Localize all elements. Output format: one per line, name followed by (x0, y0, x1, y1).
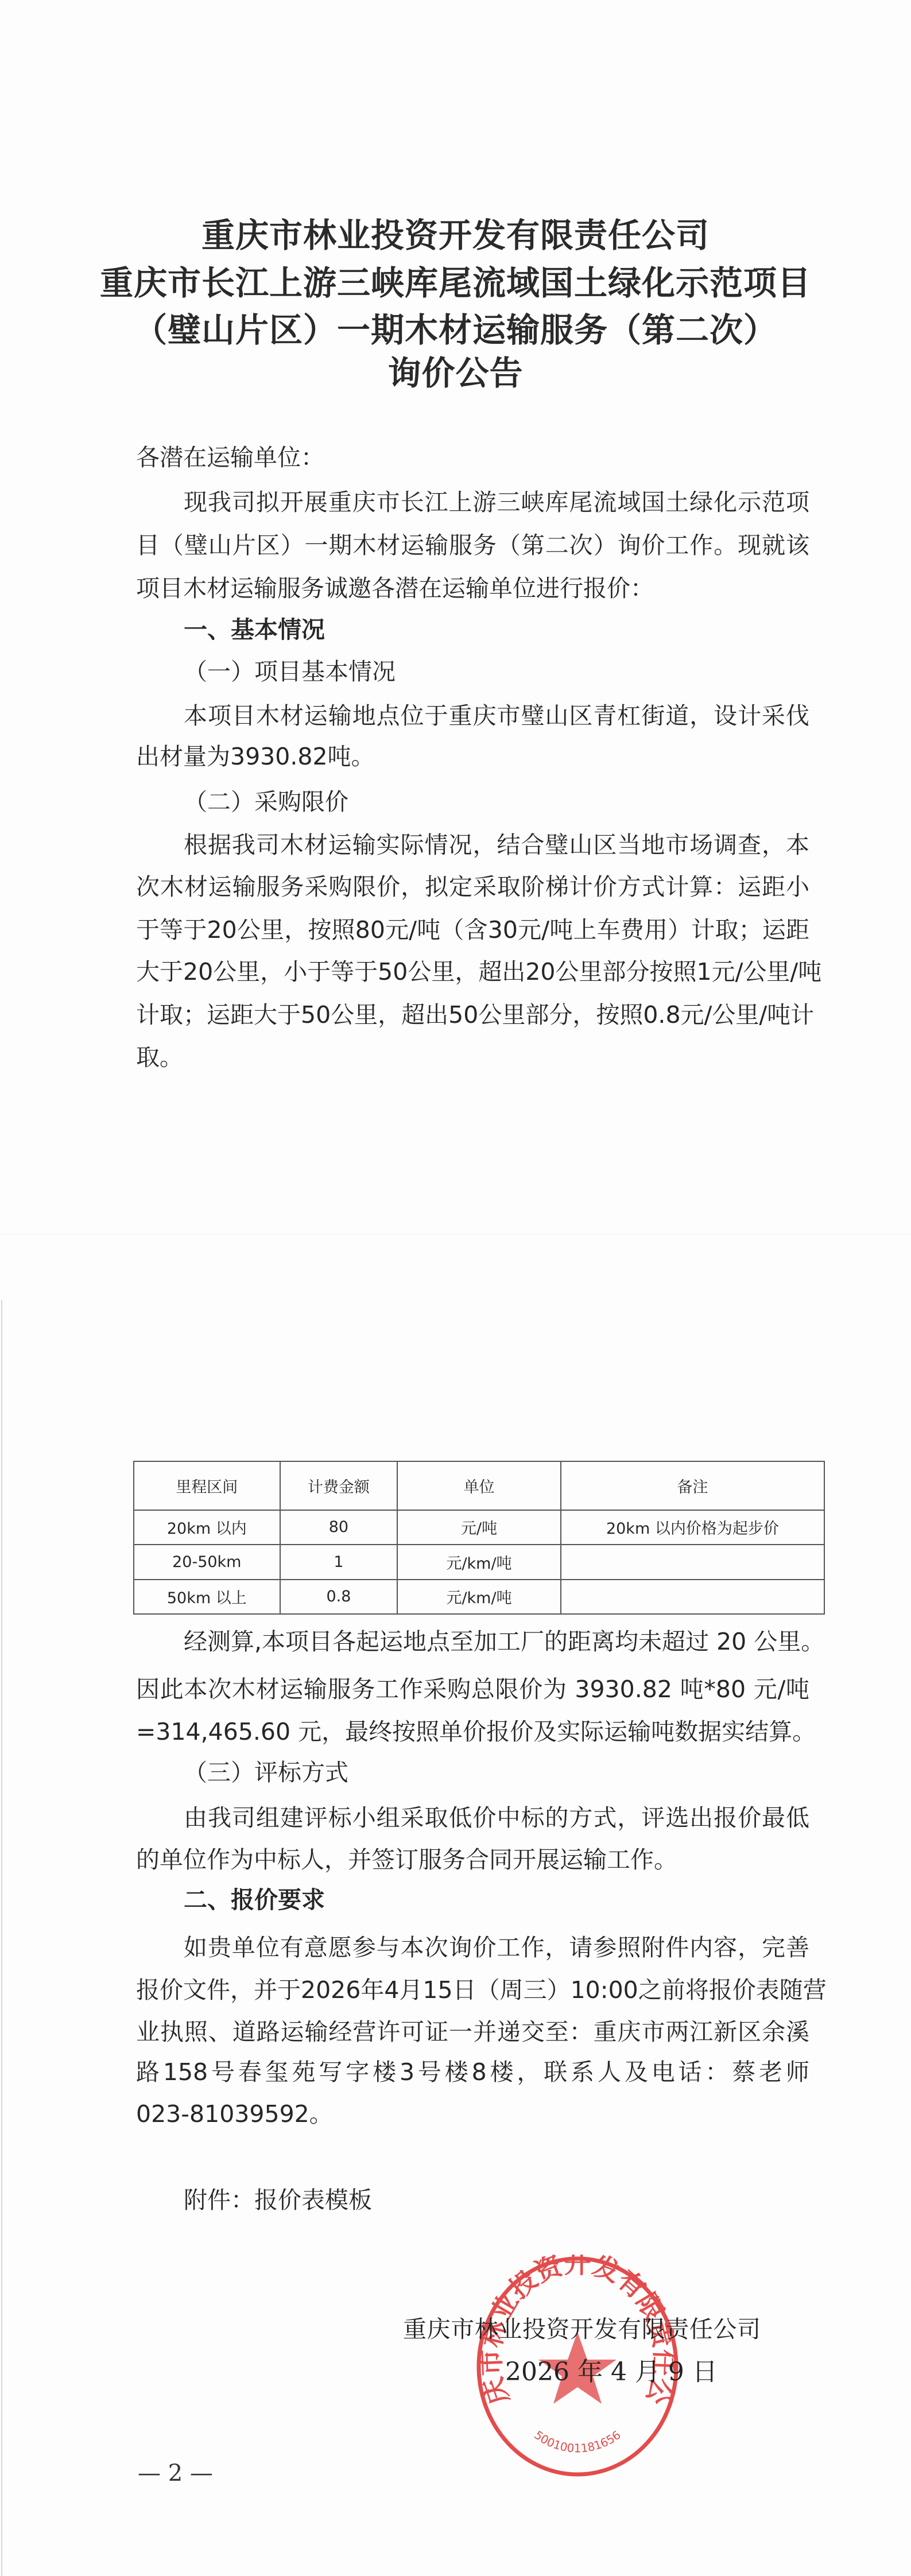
price-limit-line-4: 大于20公里，小于等于50公里，超出20公里部分按照1元/公里/吨 (136, 955, 809, 989)
intro-line-2: 目（璧山片区）一期木材运输服务（第二次）询价工作。现就该 (136, 528, 809, 562)
price-limit-line-6: 取。 (136, 1040, 809, 1074)
section-heading-basic-info: 一、基本情况 (184, 612, 857, 647)
table-cell: 20km 以内价格为起步价 (561, 1510, 824, 1545)
intro-line-3: 项目木材运输服务诚邀各潜在运输单位进行报价： (136, 571, 809, 606)
table-cell: 1 (280, 1545, 398, 1579)
page-break-divider (0, 1234, 911, 1235)
calc-line-1: 经测算,本项目各起运地点至加工厂的距离均未超过 20 公里。 (184, 1624, 809, 1659)
price-table: 里程区间 计费金额 单位 备注 20km 以内 80 元/吨 20km 以内价格… (133, 1461, 825, 1615)
title-line-service: （璧山片区）一期木材运输服务（第二次） (0, 310, 911, 350)
signature-company: 重庆市林业投资开发有限责任公司 (403, 2315, 761, 2344)
price-limit-line-3: 于等于20公里，按照80元/吨（含30元/吨上车费用）计取；运距 (136, 913, 809, 947)
title-line-company: 重庆市林业投资开发有限责任公司 (0, 215, 911, 255)
table-cell: 元/km/吨 (397, 1580, 561, 1614)
requirements-line-1: 如贵单位有意愿参与本次询价工作，请参照附件内容，完善 (184, 1930, 809, 1965)
section-heading-quote-requirements: 二、报价要求 (184, 1883, 857, 1917)
project-info-line-2: 出材量为3930.82吨。 (136, 739, 809, 774)
price-limit-line-2: 次木材运输服务采购限价，拟定采取阶梯计价方式计算：运距小 (136, 870, 809, 904)
calc-line-3: =314,465.60 元，最终按照单价报价及实际运输吨数据实结算。 (136, 1714, 809, 1749)
table-cell: 80 (280, 1510, 398, 1545)
signature-date: 2026 年 4 月 9 日 (505, 2358, 695, 2387)
table-row: 20km 以内 80 元/吨 20km 以内价格为起步价 (134, 1510, 824, 1545)
calc-line-2: 因此本次木材运输服务工作采购总限价为 3930.82 吨*80 元/吨 (136, 1672, 809, 1706)
table-row: 50km 以上 0.8 元/km/吨 (134, 1580, 824, 1614)
table-cell (561, 1545, 824, 1579)
table-header-cell: 单位 (397, 1461, 561, 1510)
requirements-line-5: 023-81039592。 (136, 2097, 809, 2131)
table-cell: 20km 以内 (134, 1510, 280, 1545)
requirements-line-4: 路158号春玺苑写字楼3号楼8楼，联系人及电话：蔡老师 (136, 2055, 809, 2089)
price-limit-line-1: 根据我司木材运输实际情况，结合璧山区当地市场调查，本 (184, 828, 809, 862)
subheading-project-info: （一）项目基本情况 (184, 654, 857, 689)
table-cell: 元/吨 (397, 1510, 561, 1545)
title-line-project: 重庆市长江上游三峡库尾流域国土绿化示范项目 (0, 263, 911, 303)
table-cell: 50km 以上 (134, 1580, 280, 1614)
attachment-label: 附件：报价表模板 (184, 2183, 857, 2217)
project-info-line-1: 本项目木材运输地点位于重庆市璧山区青杠街道，设计采伐 (184, 699, 809, 733)
table-cell: 元/km/吨 (397, 1545, 561, 1579)
table-header-cell: 备注 (561, 1461, 824, 1510)
title-line-announcement: 询价公告 (0, 353, 911, 393)
subheading-evaluation: （三）评标方式 (184, 1755, 857, 1790)
table-cell: 0.8 (280, 1580, 398, 1614)
table-header-cell: 里程区间 (134, 1461, 280, 1510)
svg-text:5001001181656: 5001001181656 (532, 2428, 623, 2455)
salutation: 各潜在运输单位： (136, 440, 809, 475)
scan-edge-line (1, 1300, 2, 2576)
requirements-line-3: 业执照、道路运输经营许可证一并递交至：重庆市两江新区余溪 (136, 2015, 809, 2049)
evaluation-line-1: 由我司组建评标小组采取低价中标的方式，评选出报价最低 (184, 1801, 809, 1835)
table-cell (561, 1580, 824, 1614)
requirements-line-2: 报价文件，并于2026年4月15日（周三）10:00之前将报价表随营 (136, 1973, 809, 2007)
table-row: 20-50km 1 元/km/吨 (134, 1545, 824, 1579)
subheading-price-limit: （二）采购限价 (184, 785, 857, 819)
evaluation-line-2: 的单位作为中标人，并签订服务合同开展运输工作。 (136, 1842, 809, 1877)
table-header-row: 里程区间 计费金额 单位 备注 (134, 1461, 824, 1510)
table-cell: 20-50km (134, 1545, 280, 1579)
page-number: — 2 — (138, 2459, 253, 2487)
intro-line-1: 现我司拟开展重庆市长江上游三峡库尾流域国土绿化示范项 (184, 485, 809, 519)
price-limit-line-5: 计取；运距大于50公里，超出50公里部分，按照0.8元/公里/吨计 (136, 998, 809, 1032)
table-header-cell: 计费金额 (280, 1461, 398, 1510)
